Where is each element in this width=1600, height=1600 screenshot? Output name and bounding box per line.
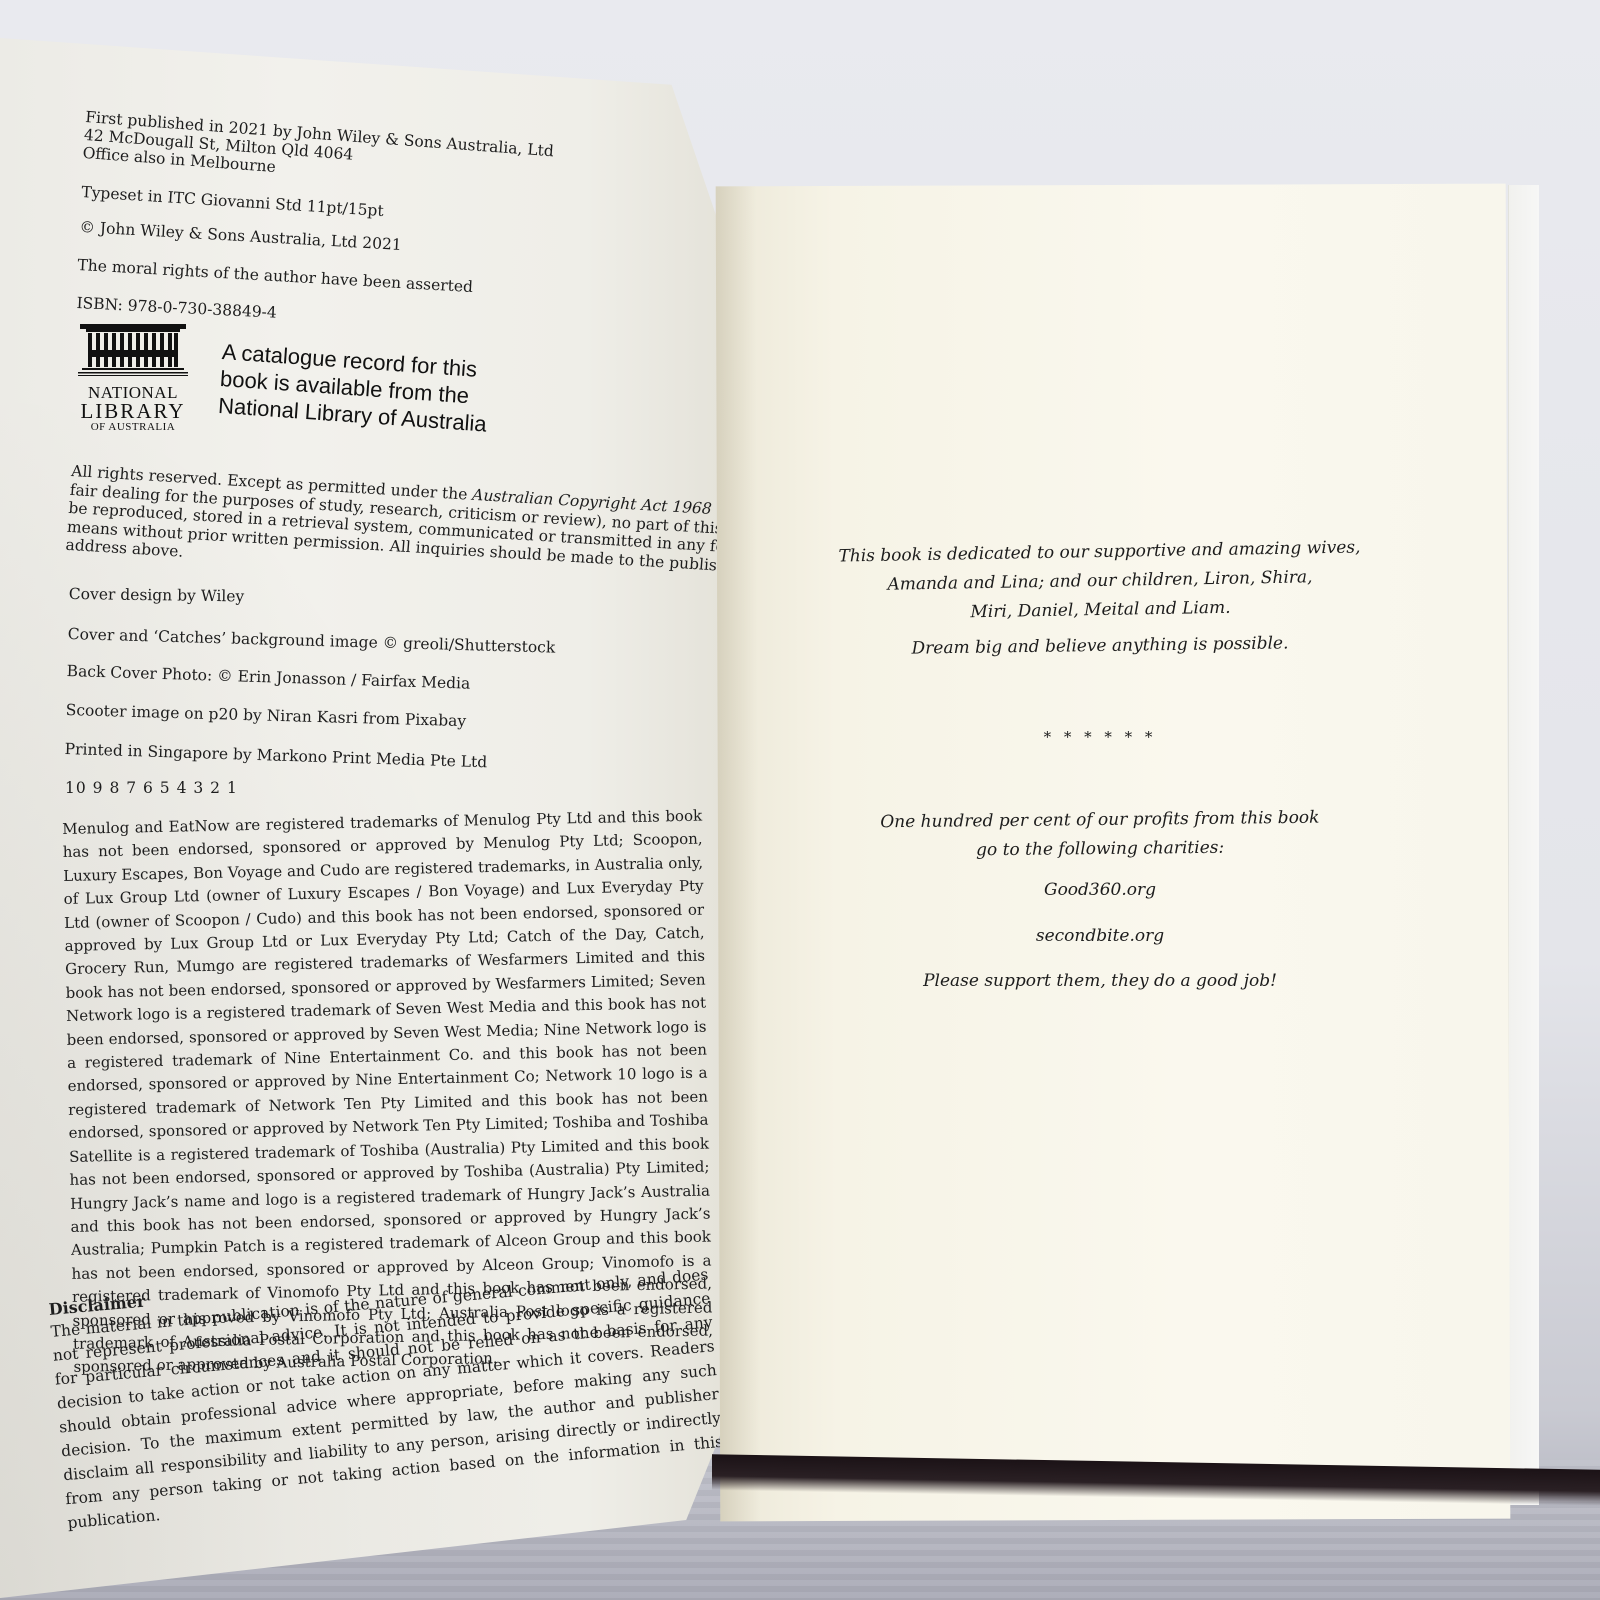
nla-logo-library: LIBRARY <box>74 401 192 421</box>
section-separator: * * * * * * <box>790 728 1410 746</box>
library-building-icon <box>78 324 188 380</box>
profits-statement: One hundred per cent of our profits from… <box>790 803 1411 867</box>
dedication: This book is dedicated to our supportive… <box>789 533 1410 631</box>
cover-design-credit: Cover design by Wiley <box>69 585 245 605</box>
charity-secondbite: secondbite.org <box>790 926 1410 946</box>
print-line-numbers: 10 9 8 7 6 5 4 3 2 1 <box>65 779 238 797</box>
charity-good360: Good360.org <box>790 880 1410 900</box>
closing-message: Please support them, they do a good job! <box>790 971 1410 991</box>
nla-logo-of-australia: OF AUSTRALIA <box>74 421 192 433</box>
spine-shadow <box>716 186 761 1521</box>
page-stack-edge <box>1508 185 1539 1505</box>
national-library-logo: NATIONAL LIBRARY OF AUSTRALIA <box>74 324 194 439</box>
